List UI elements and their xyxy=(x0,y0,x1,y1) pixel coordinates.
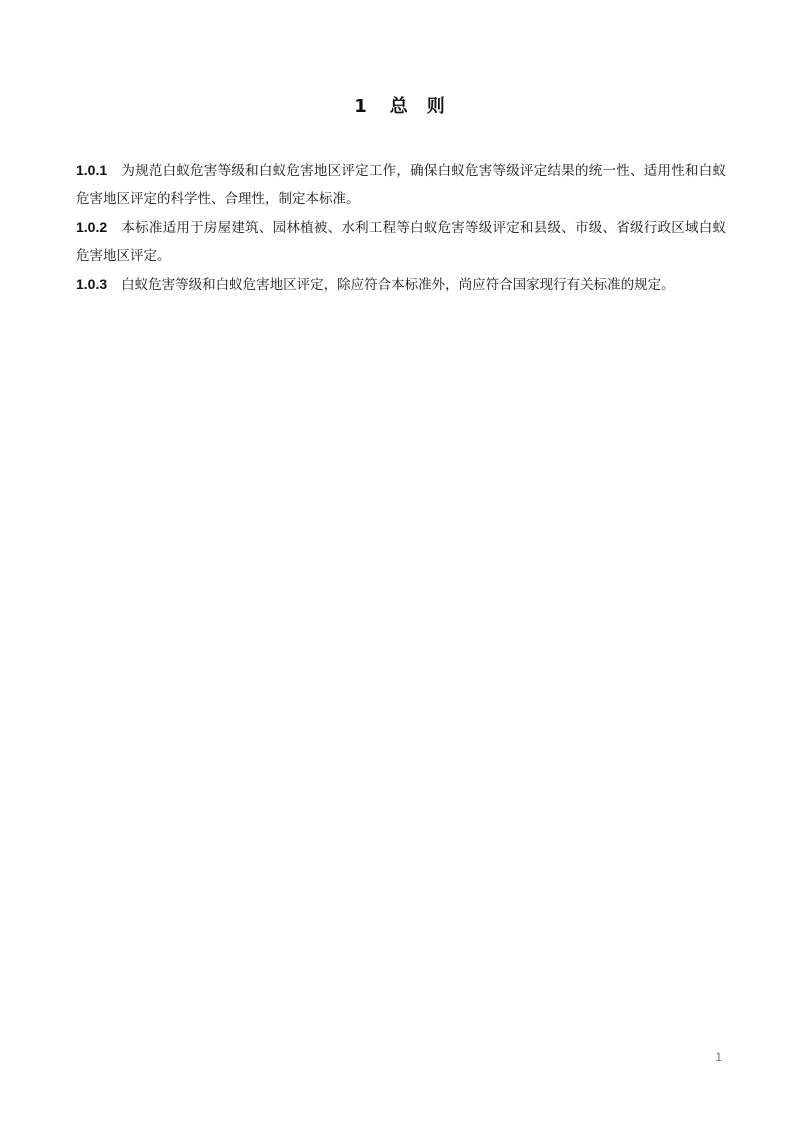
clause-1-0-3: 1.0.3白蚁危害等级和白蚁危害地区评定，除应符合本标准外，尚应符合国家现行有关… xyxy=(76,270,726,299)
chapter-number: 1 xyxy=(354,96,368,117)
clause-number: 1.0.3 xyxy=(76,276,107,292)
chapter-title-char-1: 总 xyxy=(390,96,409,117)
chapter-title: 1总则 xyxy=(0,92,800,118)
clause-text: 为规范白蚁危害等级和白蚁危害地区评定工作，确保白蚁危害等级评定结果的统一性、适用… xyxy=(76,163,726,207)
page-number: 1 xyxy=(715,1050,722,1064)
clause-text: 本标准适用于房屋建筑、园林植被、水利工程等白蚁危害等级评定和县级、市级、省级行政… xyxy=(76,220,726,264)
clause-number: 1.0.1 xyxy=(76,162,107,178)
chapter-title-char-2: 则 xyxy=(427,96,446,117)
document-page: 1总则 1.0.1为规范白蚁危害等级和白蚁危害地区评定工作，确保白蚁危害等级评定… xyxy=(0,0,800,1130)
clause-1-0-1: 1.0.1为规范白蚁危害等级和白蚁危害地区评定工作，确保白蚁危害等级评定结果的统… xyxy=(76,156,726,213)
clause-1-0-2: 1.0.2本标准适用于房屋建筑、园林植被、水利工程等白蚁危害等级评定和县级、市级… xyxy=(76,213,726,270)
clause-list: 1.0.1为规范白蚁危害等级和白蚁危害地区评定工作，确保白蚁危害等级评定结果的统… xyxy=(76,156,726,299)
clause-text: 白蚁危害等级和白蚁危害地区评定，除应符合本标准外，尚应符合国家现行有关标准的规定… xyxy=(121,277,675,293)
clause-number: 1.0.2 xyxy=(76,219,107,235)
